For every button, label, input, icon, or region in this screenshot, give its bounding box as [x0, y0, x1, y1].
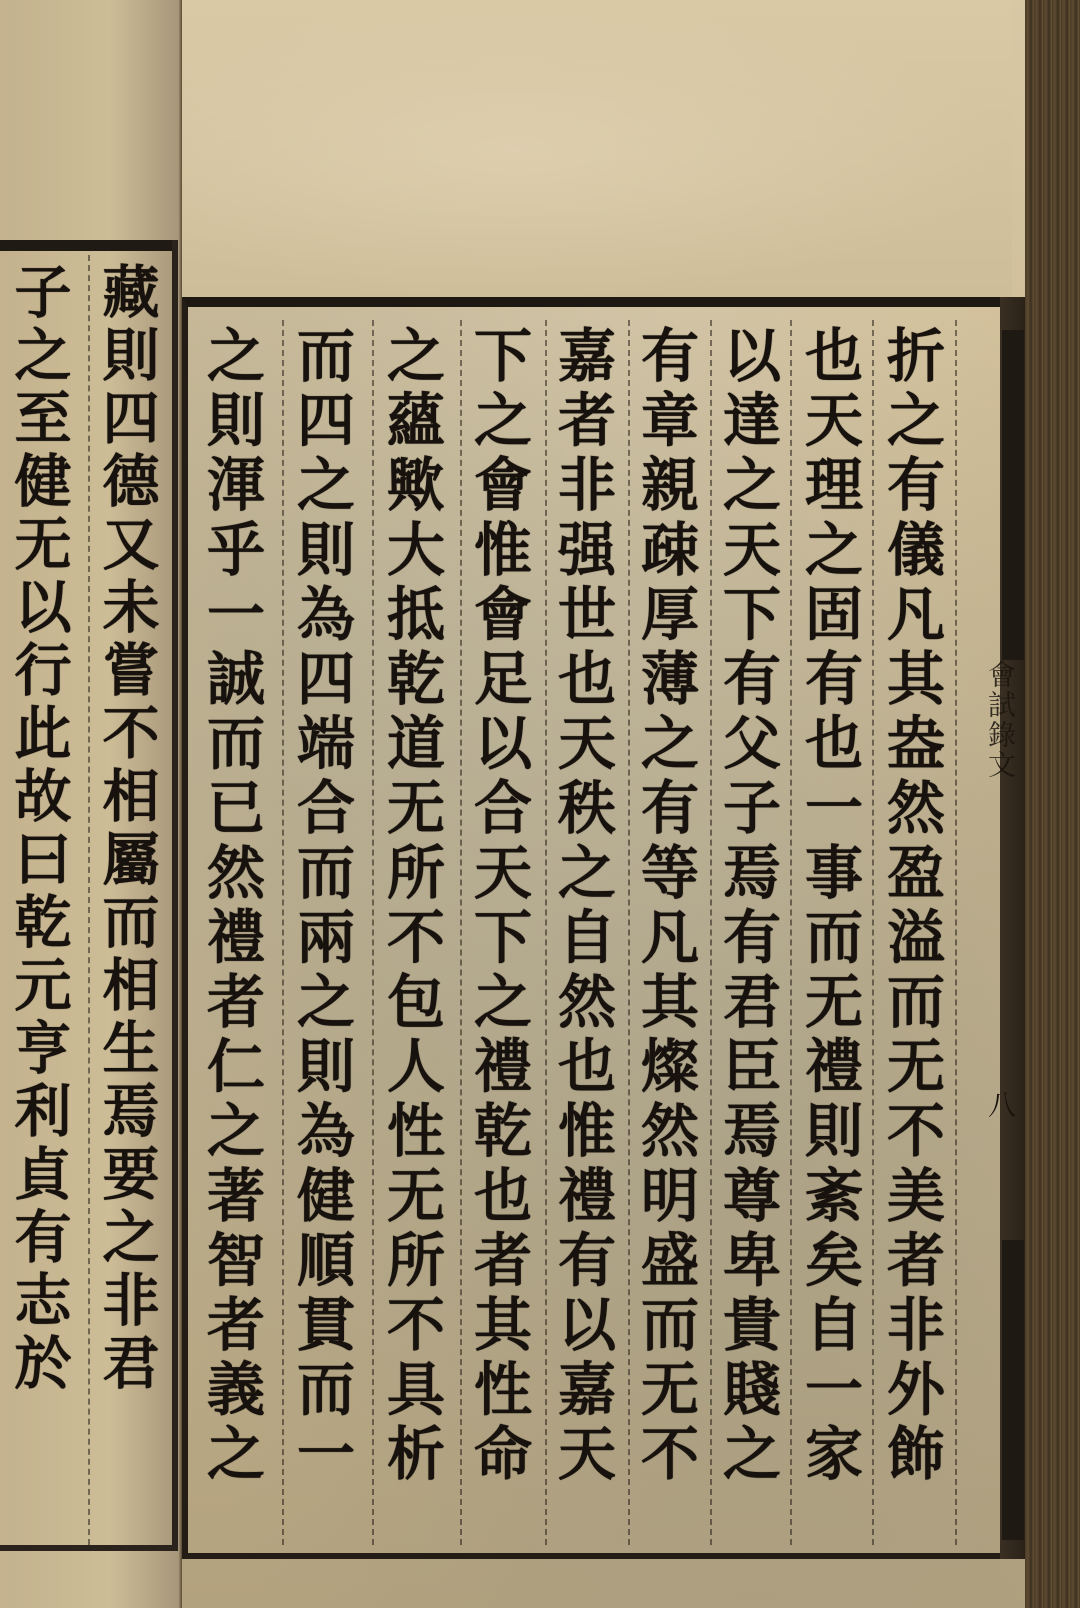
column-rule: [282, 320, 284, 1545]
left-page-frame-top: [0, 240, 178, 251]
left-page-frame-right: [172, 240, 178, 1551]
text-column-4: 有章親疎厚薄之有等凡其燦然明盛而无不: [636, 325, 694, 1488]
text-column-7: 之蘊歟大抵乾道无所不包人性无所不具析: [382, 325, 440, 1488]
top-margin: [182, 0, 1012, 300]
column-rule: [460, 320, 462, 1545]
text-column-1: 折之有儀凡其盎然盈溢而无不美者非外飾: [882, 325, 940, 1488]
column-rule: [88, 255, 90, 1545]
text-column-8: 而四之則為四端合而兩之則為健順貫而一: [292, 325, 350, 1488]
column-rule: [955, 320, 957, 1545]
text-column-5: 嘉者非强世也天秩之自然也惟禮有以嘉天: [553, 325, 611, 1488]
fishtail-top-mark: [1002, 330, 1024, 660]
column-rule: [545, 320, 547, 1545]
column-rule: [790, 320, 792, 1545]
left-page-frame-bottom: [0, 1545, 178, 1551]
column-rule: [628, 320, 630, 1545]
left-page-column-1: 藏則四德又未嘗不相屬而相生焉要之非君: [98, 262, 155, 1396]
column-rule: [372, 320, 374, 1545]
text-column-3: 以達之天下有父子焉有君臣焉尊卑貴賤之: [718, 325, 776, 1488]
fishtail-bottom-mark: [1002, 1240, 1024, 1540]
text-column-2: 也天理之固有也一事而无禮則紊矣自一家: [800, 325, 858, 1488]
text-column-9: 之則渾乎一誠而已然禮者仁之著智者義之: [202, 325, 260, 1488]
banxin-page-number: 八: [990, 1090, 1020, 1118]
left-page-column-2: 子之至健无以行此故曰乾元亨利貞有志於: [10, 262, 67, 1396]
book-spine: [1025, 0, 1080, 1608]
column-rule: [872, 320, 874, 1545]
banxin-title: 會試錄文: [990, 660, 1020, 780]
column-rule: [710, 320, 712, 1545]
book-scan: 會試錄文 八 折之有儀凡其盎然盈溢而无不美者非外飾 也天理之固有也一事而无禮則紊…: [0, 0, 1080, 1608]
text-column-6: 下之會惟會足以合天下之禮乾也者其性命: [469, 325, 527, 1488]
